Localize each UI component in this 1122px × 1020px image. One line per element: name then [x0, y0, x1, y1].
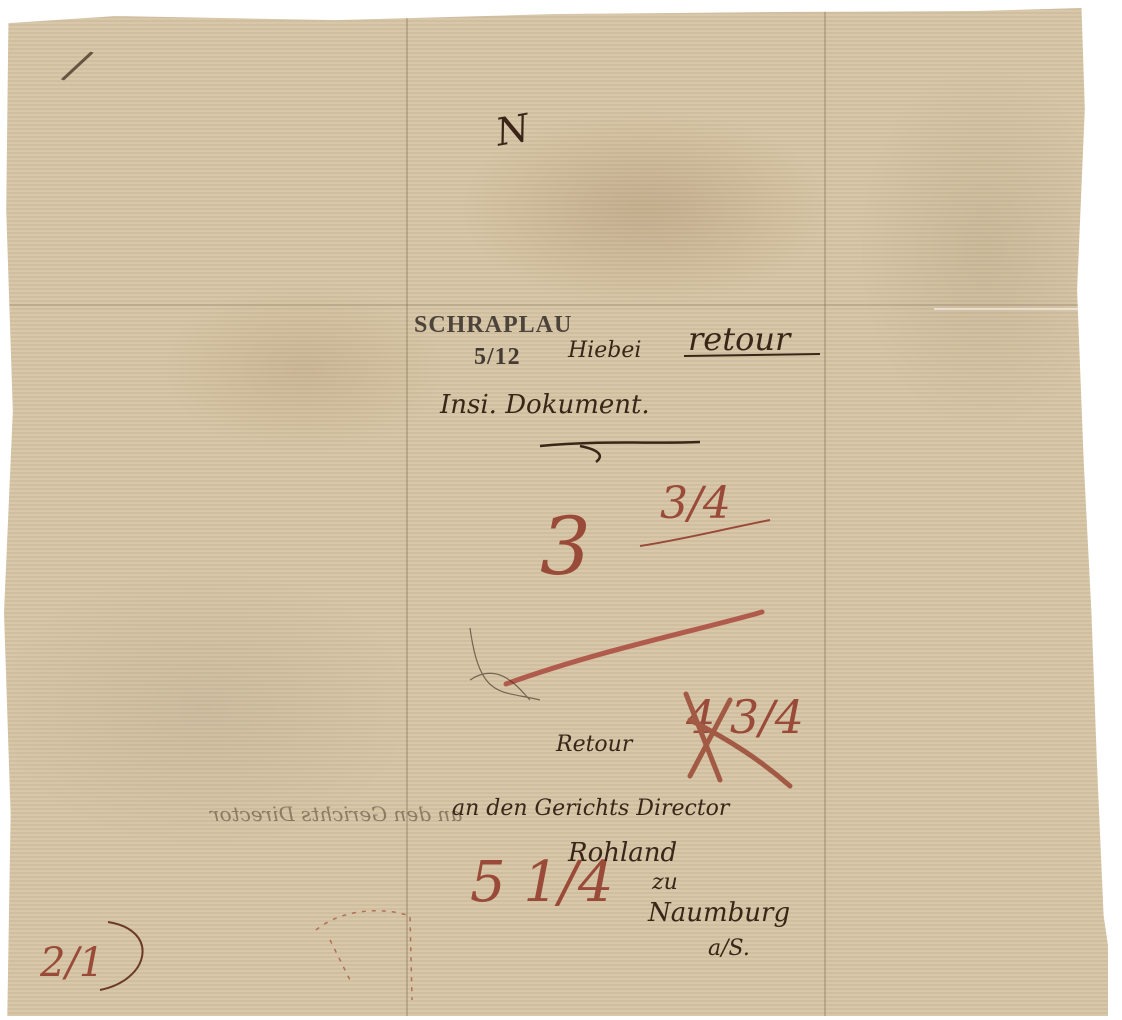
instruction-line-1: Hiebei: [568, 338, 641, 363]
instruction-line-2: Insi. Dokument.: [440, 390, 650, 420]
corner-charge-bottom-left: 2/1: [40, 940, 104, 986]
retour-lower: Retour: [556, 732, 632, 757]
postmark-date: 5/12: [474, 344, 521, 371]
address-line-5: a/S.: [708, 936, 750, 961]
address-line-2: Rohland: [568, 838, 677, 868]
retour-label: retour: [688, 320, 790, 358]
paper-crease: [934, 308, 1084, 310]
address-line-1: an den Gerichts Director: [452, 796, 729, 821]
bleed-through-text: an den Gerichts Director: [210, 802, 462, 826]
postmark-town: SCHRAPLAU: [414, 312, 572, 339]
crossed-charge: 4 3/4: [686, 690, 804, 744]
address-line-4: Naumburg: [648, 898, 790, 928]
address-line-3: zu: [652, 870, 678, 895]
charge-main-fraction: 3/4: [660, 478, 731, 529]
fold-line-horizontal: [4, 304, 1108, 306]
charge-main-numeral: 3: [540, 500, 591, 593]
fold-line-right: [824, 8, 826, 1016]
fold-line-left: [406, 8, 408, 1016]
